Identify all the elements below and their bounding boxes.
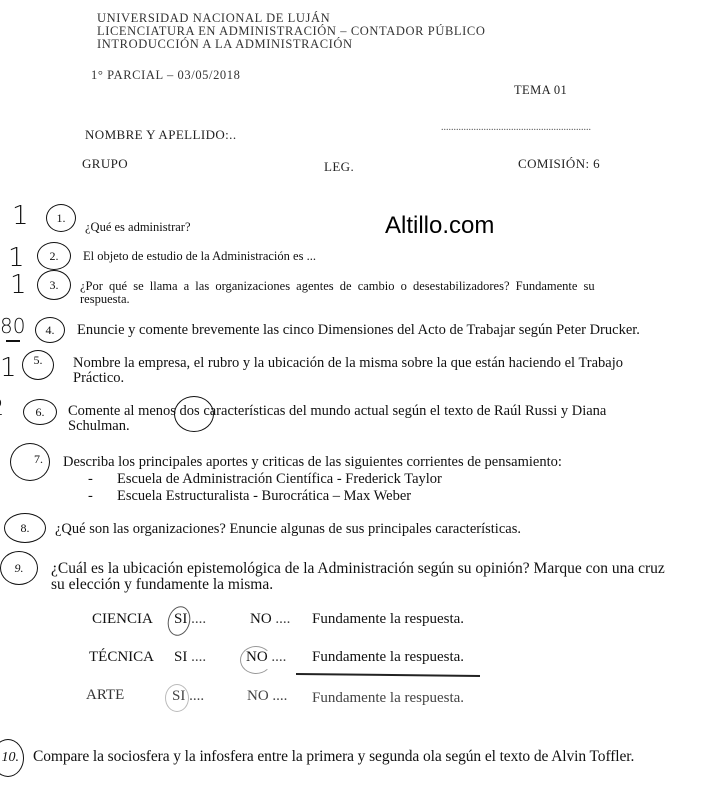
question-number: 4. [35,317,65,343]
option-prompt: Fundamente la respuesta. [312,611,464,628]
question-text-cont: su elección y fundamente la misma. [51,576,273,594]
bullet-list: -Escuela de Administración Científica - … [88,471,442,505]
grade-mark: 1 [8,245,25,271]
grade-mark: 80 [0,316,25,336]
question-text-cont: respuesta. [80,292,130,307]
question-text-cont: Schulman. [68,418,130,435]
hand-circle-mark [165,684,189,712]
option-si[interactable]: SI .... [174,649,206,666]
option-row-arte: ARTE [86,687,124,704]
grade-mark: 1 [0,355,17,381]
question-text: Compare la sociosfera y la infosfera ent… [33,748,634,766]
question-number: 7. [10,443,50,481]
option-label: ARTE [86,687,124,703]
question-text: Nombre la empresa, el rubro y la ubicaci… [73,355,623,372]
hand-circle-annotation [174,396,214,432]
option-prompt: Fundamente la respuesta. [312,690,464,707]
question-number: 8. [4,513,46,543]
grade-mark: 2 [0,398,4,420]
tema-label: TEMA 01 [514,83,567,98]
question-text: Enuncie y comente brevemente las cinco D… [77,322,640,339]
hand-underline [296,673,480,677]
question-text: ¿Qué es administrar? [85,220,191,235]
comision-label: COMISIÓN: 6 [518,156,600,172]
question-number: 6. [23,399,57,425]
option-row-ciencia: CIENCIA [92,611,153,628]
name-fill-line[interactable]: ........................................… [441,122,591,133]
option-row-tecnica: TÉCNICA [89,649,154,666]
question-text-cont: Práctico. [73,370,124,387]
group-label: GRUPO [82,156,128,172]
grade-underline [6,340,20,342]
name-label: NOMBRE Y APELLIDO:.. [85,127,236,143]
exam-title: 1° PARCIAL – 03/05/2018 [91,69,241,81]
question-number: 1. [46,204,76,232]
question-number: 10. [0,739,24,777]
course-name: INTRODUCCIÓN A LA ADMINISTRACIÓN [97,38,353,50]
grade-mark: 1 [10,272,27,298]
question-text: ¿Qué son las organizaciones? Enuncie alg… [55,521,521,538]
question-text: El objeto de estudio de la Administració… [83,249,316,264]
question-number: 9. [0,551,38,585]
question-number: 5. [22,350,54,380]
bullet-item: -Escuela de Administración Científica - … [88,471,442,488]
program-name: LICENCIATURA EN ADMINISTRACIÓN – CONTADO… [97,25,485,37]
question-text: Describa los principales aportes y criti… [63,454,562,471]
legajo-label: LEG. [324,159,354,175]
question-text: Comente al menos dos características del… [68,403,606,420]
option-prompt: Fundamente la respuesta. [312,649,464,666]
option-no[interactable]: NO .... [250,611,290,628]
watermark: Altillo.com [385,212,494,240]
university-name: UNIVERSIDAD NACIONAL DE LUJÁN [97,12,330,24]
question-text: ¿Por qué se llama a las organizaciones a… [80,279,595,294]
bullet-item: -Escuela Estructuralista - Burocrática –… [88,488,442,505]
hand-circle-mark [240,646,272,674]
grade-mark: 1 [12,203,29,229]
option-label: CIENCIA [92,611,153,627]
hand-circle-mark [164,604,193,639]
option-label: TÉCNICA [89,649,154,665]
option-no[interactable]: NO .... [247,688,287,705]
question-number: 2. [37,242,71,270]
question-number: 3. [37,270,71,300]
